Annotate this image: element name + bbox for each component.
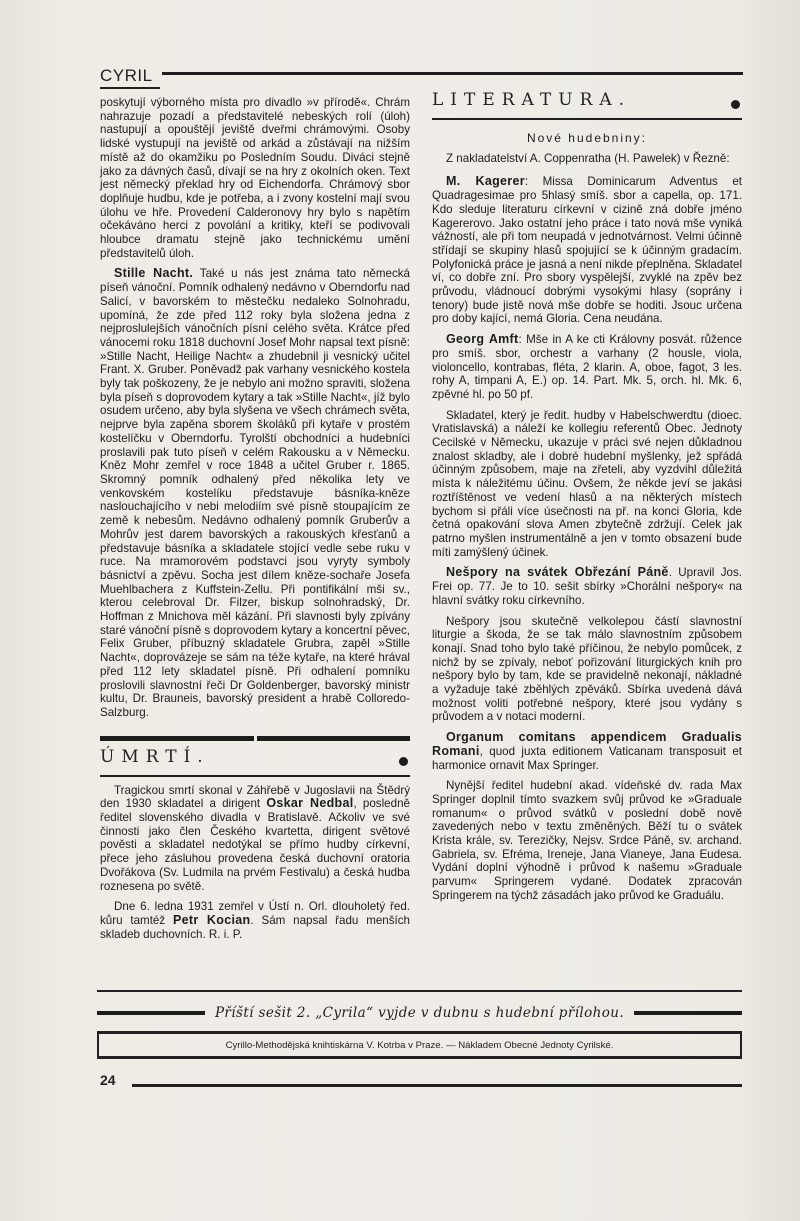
obituary-nedbal: Tragickou smrtí skonal v Záhřebě v Jugos… — [100, 784, 410, 894]
amft-name: Georg Amft — [446, 332, 518, 346]
bullet-dot-icon — [399, 757, 408, 766]
nespory-name: Nešpory na svátek Obřezání Páně — [446, 565, 669, 579]
literatura-underline — [432, 118, 742, 120]
literatura-section-header: LITERATURA. — [432, 92, 742, 120]
review-organum: Organum comitans appendicem Gradualis Ro… — [432, 731, 742, 772]
running-head: CYRIL — [100, 66, 743, 88]
obituary-kocian: Dne 6. ledna 1931 zemřel v Ústí n. Orl. … — [100, 900, 410, 941]
right-column: LITERATURA. Nové hudebniny: Z nakladatel… — [432, 92, 742, 903]
left-column: poskytují výborného místa pro divadlo »v… — [100, 96, 410, 941]
stille-nacht-heading: Stille Nacht. — [114, 266, 193, 280]
page-number-rule — [132, 1084, 742, 1087]
bullet-dot-icon — [731, 100, 740, 109]
page-number: 24 — [100, 1072, 116, 1088]
announce-right-bar — [634, 1011, 742, 1015]
journal-title: CYRIL — [100, 66, 153, 86]
announcement-text: Příští sešit 2. „Cyrila“ vyjde v dubnu s… — [205, 1005, 634, 1021]
review-nespory: Nešpory na svátek Obřezání Páně. Upravil… — [432, 566, 742, 607]
review-organum-body: Nynější ředitel hudební akad. vídeňské d… — [432, 779, 742, 902]
review-kagerer: M. Kagerer: Missa Dominicarum Adventus e… — [432, 175, 742, 326]
next-issue-announcement: Příští sešit 2. „Cyrila“ vyjde v dubnu s… — [97, 1003, 742, 1023]
kocian-name: Petr Kocian — [173, 913, 250, 927]
umrti-underline — [100, 775, 410, 777]
review-nespory-body: Nešpory jsou skutečně velkolepou částí s… — [432, 615, 742, 725]
publisher-line: Z nakladatelství A. Coppenratha (H. Pawe… — [432, 152, 742, 166]
header-rule — [162, 72, 743, 75]
umrti-section-header: ÚMRTÍ. — [100, 749, 410, 777]
kagerer-name: M. Kagerer — [446, 174, 525, 188]
new-music-subheading: Nové hudebniny: — [432, 132, 742, 146]
title-underline — [100, 87, 160, 89]
section-divider — [100, 736, 410, 741]
umrti-heading: ÚMRTÍ. — [100, 751, 210, 765]
review-amft-body: Skladatel, který je ředit. hudby v Habel… — [432, 409, 742, 560]
literatura-heading: LITERATURA. — [432, 94, 631, 108]
stille-nacht-text: Také u nás jest známa tato německá píseň… — [100, 267, 410, 719]
magazine-page: CYRIL poskytují výborného místa pro diva… — [0, 0, 800, 1221]
printer-imprint: Cyrillo-Methodějská knihtiskárna V. Kotr… — [97, 1031, 742, 1059]
announce-left-bar — [97, 1011, 205, 1015]
continuation-paragraph: poskytují výborného místa pro divadlo »v… — [100, 96, 410, 260]
review-amft: Georg Amft: Mše in A ke cti Královny pos… — [432, 333, 742, 402]
footer-top-rule — [97, 990, 742, 992]
stille-nacht-article: Stille Nacht. Také u nás jest známa tato… — [100, 267, 410, 719]
nedbal-name: Oskar Nedbal — [266, 796, 353, 810]
